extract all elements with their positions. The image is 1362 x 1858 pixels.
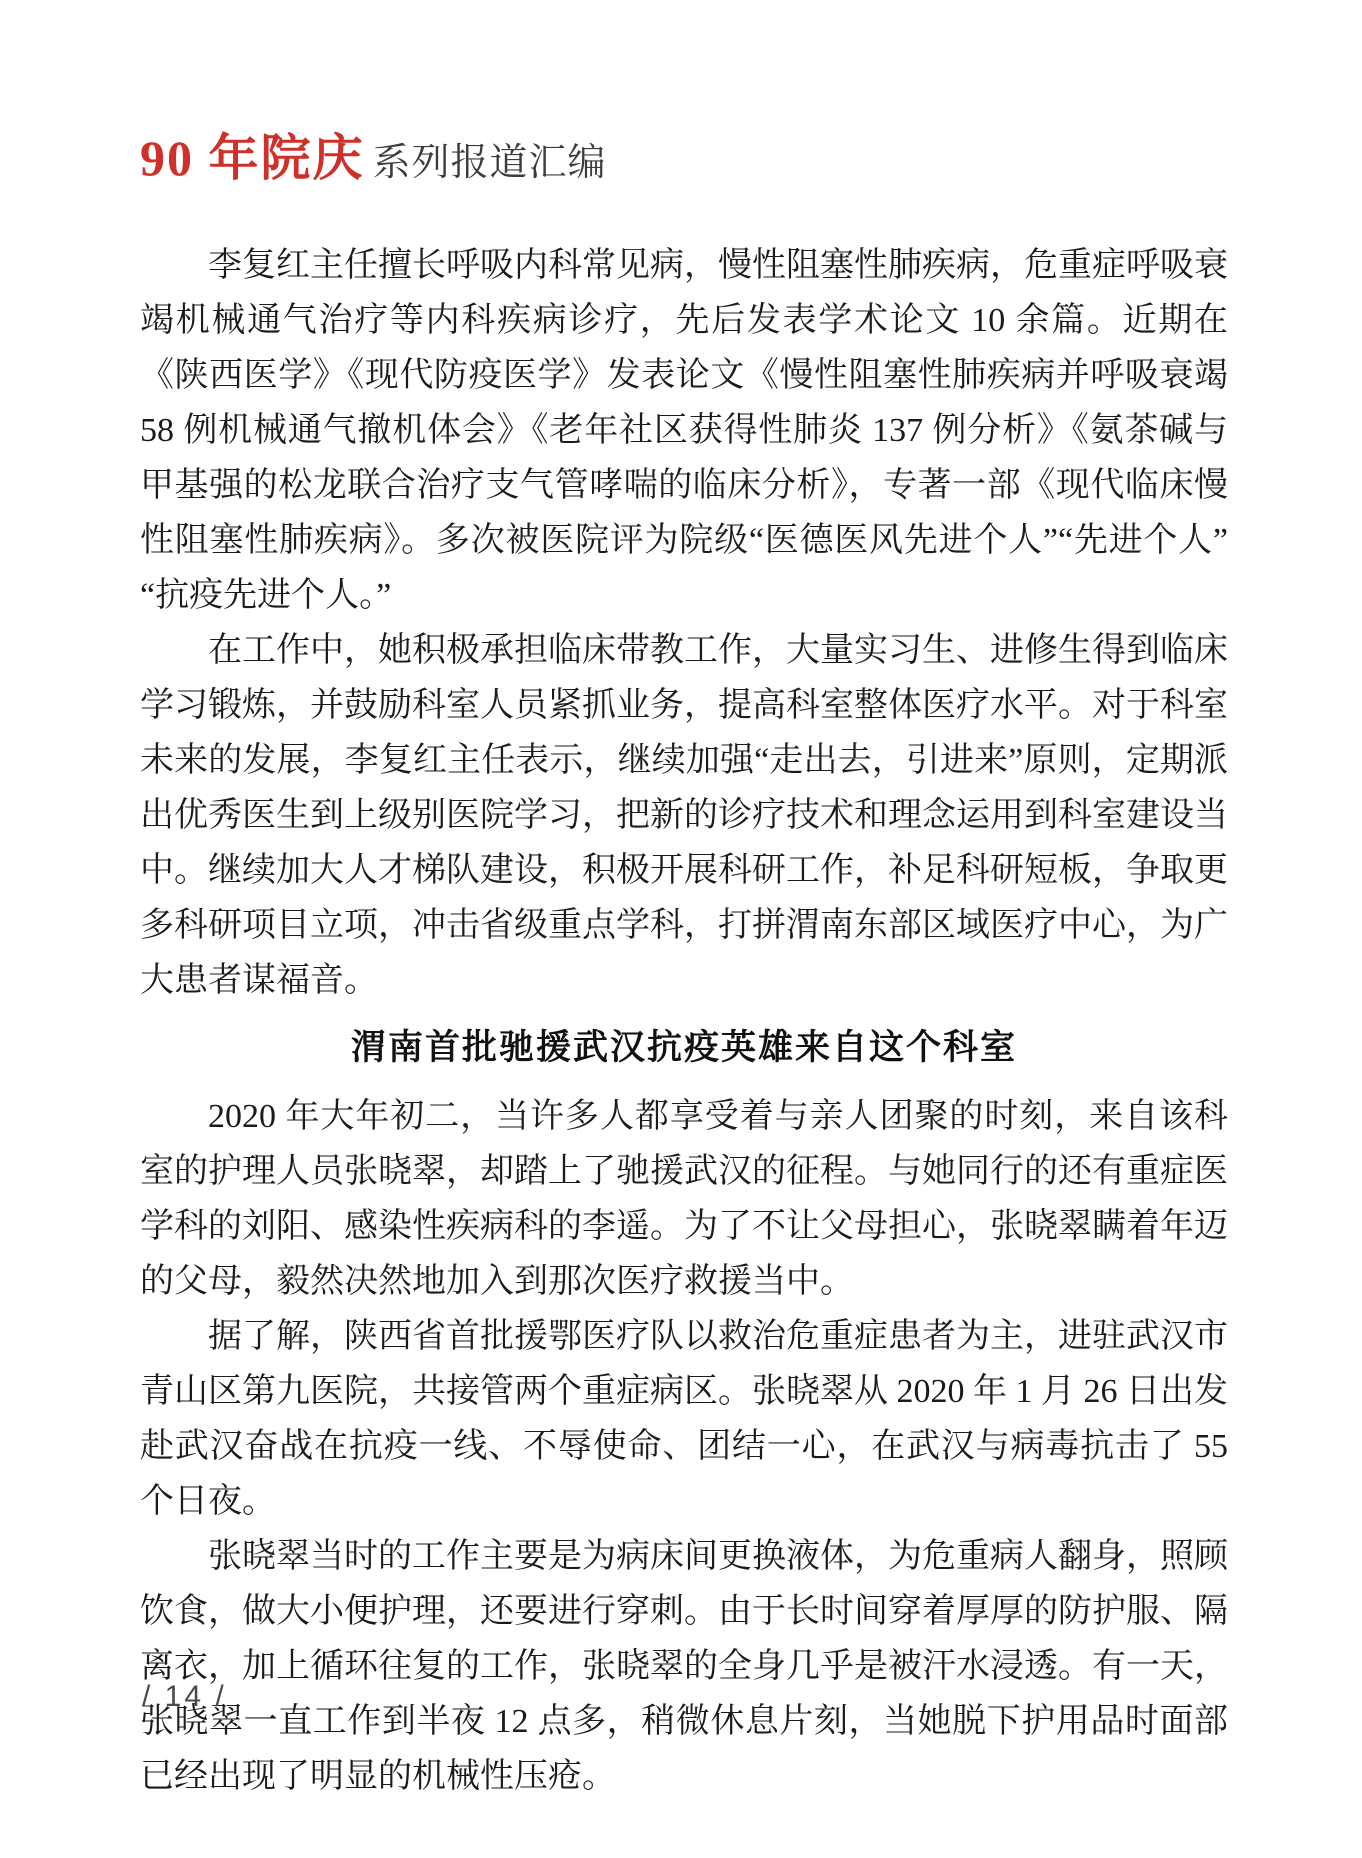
paragraph-work-in-wuhan: 张晓翠当时的工作主要是为病床间更换液体，为危重病人翻身，照顾饮食，做大小便护理，… [140,1529,1228,1804]
document-page: 90 年院庆 系列报道汇编 李复红主任擅长呼吸内科常见病，慢性阻塞性肺疾病，危重… [0,0,1362,1858]
article-body: 李复红主任擅长呼吸内科常见病，慢性阻塞性肺疾病，危重症呼吸衰竭机械通气治疗等内科… [140,238,1228,1804]
paragraph-medical-team-wuhan: 据了解，陕西省首批援鄂医疗队以救治危重症患者为主，进驻武汉市青山区第九医院，共接… [140,1309,1228,1529]
page-footer: / 14 / [142,1680,227,1714]
page-header: 90 年院庆 系列报道汇编 [140,118,607,190]
page-number: / 14 / [142,1680,227,1713]
paragraph-teaching-and-development: 在工作中，她积极承担临床带教工作，大量实习生、进修生得到临床学习锻炼，并鼓励科室… [140,623,1228,1008]
paragraph-li-fuhong-expertise: 李复红主任擅长呼吸内科常见病，慢性阻塞性肺疾病，危重症呼吸衰竭机械通气治疗等内科… [140,238,1228,623]
series-logo-red: 90 年院庆 [140,118,365,190]
section-heading: 渭南首批驰援武汉抗疫英雄来自这个科室 [140,1020,1228,1075]
paragraph-zhang-xiaocui-departure: 2020 年大年初二，当许多人都享受着与亲人团聚的时刻，来自该科室的护理人员张晓… [140,1089,1228,1309]
series-logo-suffix: 系列报道汇编 [373,131,607,186]
